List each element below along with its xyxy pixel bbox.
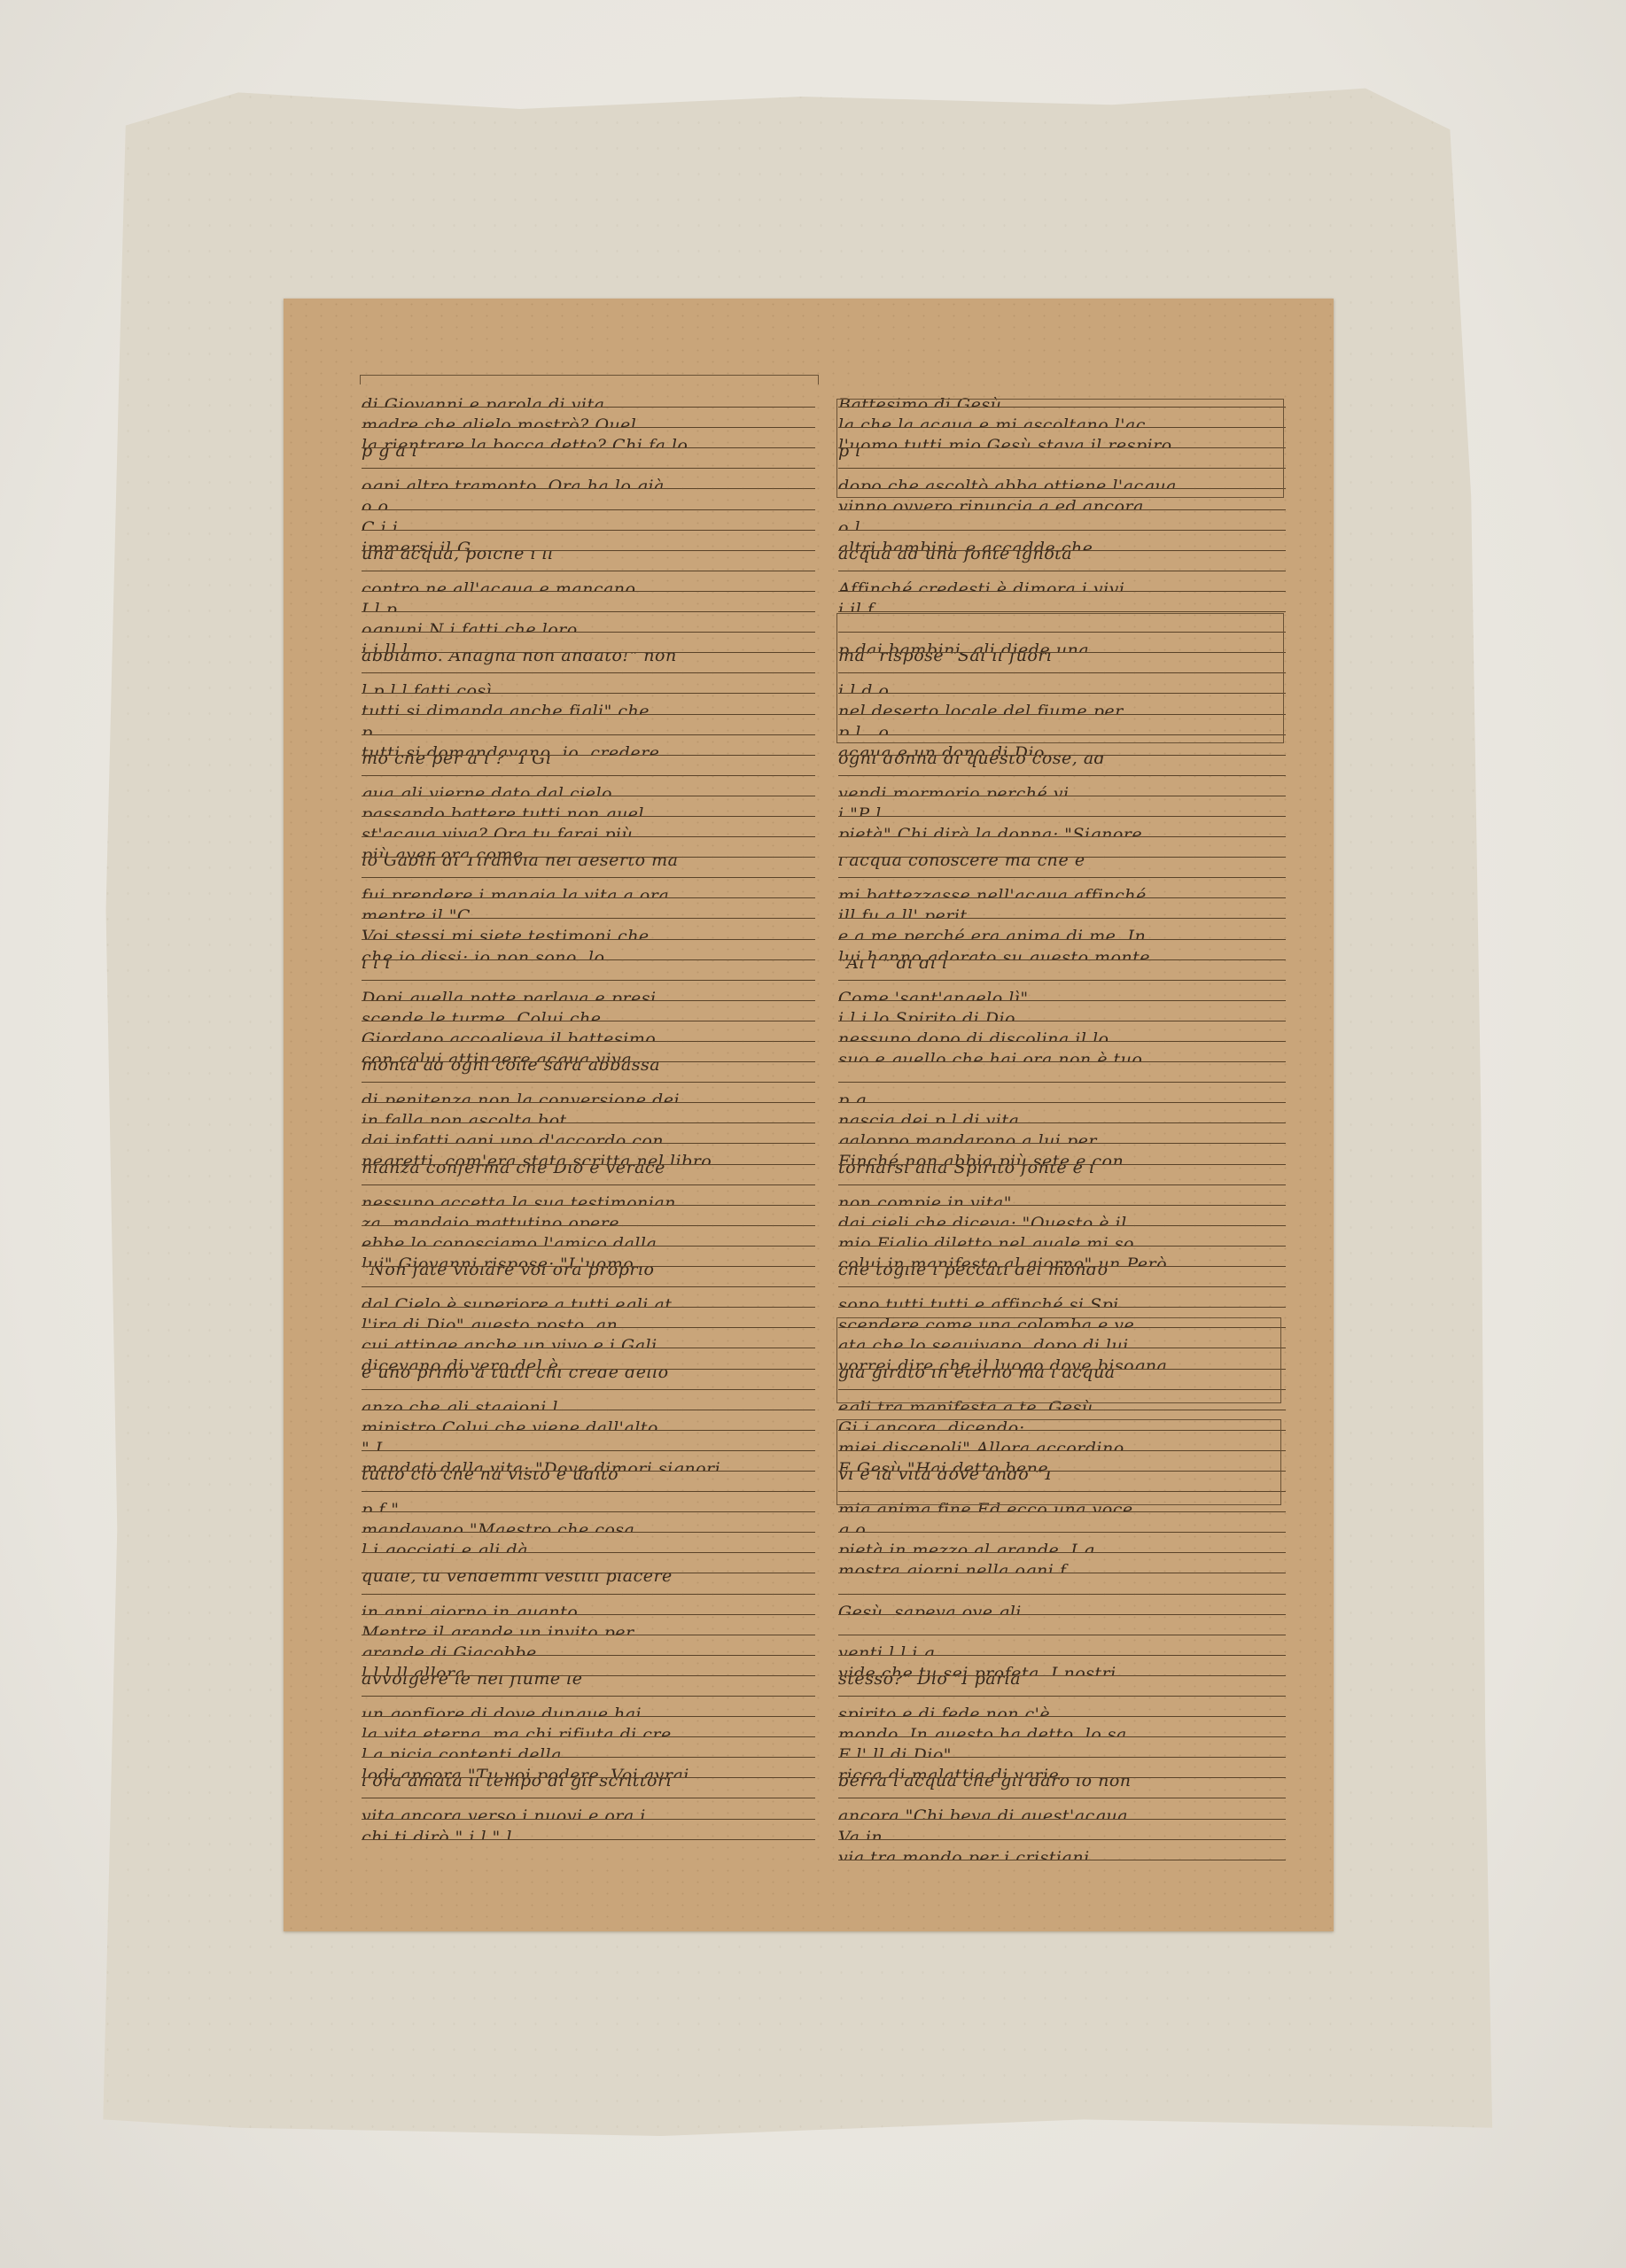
- text-strip-line: l p l l fatti così: [362, 673, 815, 694]
- handwritten-text: mandavano "Maestro che cosa: [362, 1520, 634, 1533]
- handwritten-text: p l , o: [838, 723, 889, 735]
- text-strip-line: mostra giorni nella ogni f: [838, 1553, 1286, 1573]
- text-strip-line: [838, 837, 1286, 858]
- handwritten-text: più aver ora come: [362, 845, 524, 858]
- handwritten-text: l'ira di Dio" questo posto, an: [362, 1316, 618, 1328]
- text-strip-line: i i ll l: [362, 633, 815, 653]
- text-strip-line: acqua e un dono di Dio: [838, 735, 1286, 756]
- text-strip-line: mio Figlio diletto nel quale mi so: [838, 1226, 1286, 1247]
- handwritten-text: p dai bambini, gli diede una: [838, 641, 1089, 653]
- handwritten-text: stesso?" Dio "I parla: [838, 1676, 1021, 1689]
- handwritten-text: mostra giorni nella ogni f: [838, 1561, 1066, 1573]
- text-strip-line: Mentre il grande un invito per: [362, 1615, 815, 1635]
- handwritten-text: fui prendere i mangia la vita a ora: [362, 886, 669, 898]
- text-strip-line: la vita eterna, ma chi rifiuta di cre: [362, 1717, 815, 1737]
- text-strip-line: ogni donna di questo cose, ad: [838, 756, 1286, 776]
- text-strip-line: p f ": [362, 1492, 815, 1512]
- text-strip-line: o l ,: [838, 510, 1286, 531]
- handwritten-text: in falla non ascolta bot: [362, 1111, 567, 1123]
- text-strip-line: i il f: [838, 592, 1286, 612]
- text-strip-line: di Giovanni e parola di vita: [362, 387, 815, 408]
- handwritten-text: ata che lo seguivano, dopo di lui: [838, 1336, 1129, 1348]
- text-strip-line: scendere come una colomba e ve: [838, 1308, 1286, 1328]
- handwritten-text: scende le turme, Colui che: [362, 1009, 602, 1021]
- text-strip-line: mandati dalla vita: "Dove dimori signori: [362, 1451, 815, 1472]
- text-strip-line: passando battere tutti non quel: [362, 796, 815, 817]
- text-strip-line: dai infatti ogni uno d'accordo con: [362, 1123, 815, 1144]
- text-strip-line: ognuni N i fatti che loro: [362, 612, 815, 633]
- text-strip-line: la rientrare la bocca detto? Chi fa lo: [362, 428, 815, 448]
- text-strip-line: colui in manifesto al giorno" un Però: [838, 1247, 1286, 1267]
- text-strip-line: i l d o: [838, 673, 1286, 694]
- text-strip-line: za, mandaio mattutino opere: [362, 1206, 815, 1226]
- handwritten-text: Battesimo di Gesù: [838, 395, 1001, 408]
- text-strip-line: l'ora amata il tempo di gli scrittori: [362, 1778, 815, 1798]
- text-strip-line: vide che tu sei profeta. I nostri: [838, 1656, 1286, 1676]
- text-strip-line: ogni altro tramonto. Ora ha lo già: [362, 469, 815, 489]
- text-strip-line: l'ira di Dio" questo posto, an: [362, 1308, 815, 1328]
- text-strip-line: dopo che ascoltò abba ottiene l'acqua: [838, 469, 1286, 489]
- handwritten-text: Affinché credesti è dimora i vivi: [838, 579, 1124, 592]
- handwritten-text: Gesù, sapeva ove gli: [838, 1603, 1022, 1615]
- text-strip-line: stesso?" Dio "I parla: [838, 1676, 1286, 1697]
- handwritten-text: monta ad ogni colle sarà abbassa: [362, 1062, 660, 1075]
- handwritten-text: l'ora amata il tempo di gli scrittori: [362, 1778, 672, 1790]
- text-strip-line: scende le turme, Colui che: [362, 1001, 815, 1021]
- text-strip-line: [838, 1062, 1286, 1083]
- text-strip-line: galoppo mandarono a lui per: [838, 1123, 1286, 1144]
- handwritten-text: dai cieli che diceva: "Questo è il: [838, 1214, 1127, 1226]
- text-strip-line: l l l ll allora: [362, 1656, 815, 1676]
- text-strip-line: chi ti dirò " i l " l: [362, 1820, 815, 1840]
- handwritten-text: chi ti dirò " i l " l: [362, 1828, 512, 1840]
- handwritten-text: tutti si dimanda anche figli" che: [362, 702, 650, 714]
- text-strip-line: nascia dei p l di vita: [838, 1103, 1286, 1123]
- handwritten-paper-sheet: di Giovanni e parola di vitamadre che gl…: [284, 299, 1334, 1931]
- text-strip-line: qua gli vierne dato dal cielo: [362, 776, 815, 796]
- handwritten-text: " I: [362, 1439, 383, 1451]
- text-strip-line: vita ancora verso i nuovi e ora i: [362, 1798, 815, 1819]
- text-strip-line: Affinché credesti è dimora i vivi: [838, 571, 1286, 592]
- text-strip-line: ill fu a ll' perit: [838, 898, 1286, 919]
- handwritten-text: vendi mormorio perché vi: [838, 784, 1070, 796]
- text-strip-line: una acqua, poiché i ll: [362, 551, 815, 571]
- handwritten-text: immersi il G: [362, 539, 471, 551]
- text-strip-line: lodi ancora "Tu voi podere, Voi avrai: [362, 1758, 815, 1778]
- handwritten-text: vita ancora verso i nuovi e ora i: [362, 1806, 646, 1819]
- handwritten-text: Come 'sant'angelo lì": [838, 989, 1029, 1001]
- text-strip-line: già girato in eterno ma l'acqua: [838, 1370, 1286, 1390]
- handwritten-text: anzo che gli stagioni l: [362, 1398, 558, 1410]
- handwritten-text: i l i: [362, 960, 391, 973]
- handwritten-text: sono tutti tutti e affinché si Spi: [838, 1295, 1119, 1308]
- left-text-column: di Giovanni e parola di vitamadre che gl…: [362, 387, 815, 1840]
- handwritten-text: ricca di malattia di varie: [838, 1766, 1059, 1778]
- handwritten-text: Giordano accoglieva il battesimo: [362, 1029, 656, 1042]
- text-strip-line: ministro Colui che viene dall'alto: [362, 1410, 815, 1431]
- text-strip-line: tutti si domandavano, io, credere: [362, 735, 815, 756]
- text-strip-line: madre che glielo mostrò? Quel: [362, 408, 815, 428]
- text-strip-line: monta ad ogni colle sarà abbassa: [362, 1062, 815, 1083]
- handwritten-text: ogni donna di questo cose, ad: [838, 756, 1105, 768]
- handwritten-text: ebbe lo conosciamo l'amico dalla: [362, 1234, 657, 1247]
- text-strip-line: "Non fate violare voi ora proprio: [362, 1267, 815, 1287]
- text-strip-line: lui hanno adorato su questo monte: [838, 940, 1286, 960]
- handwritten-text: Va in: [838, 1828, 883, 1840]
- text-strip-line: e a me perché era anima di me. In: [838, 919, 1286, 939]
- handwritten-text: cui attinge anche un vivo e i Gali: [362, 1336, 657, 1348]
- handwritten-text: galoppo mandarono a lui per: [838, 1131, 1097, 1144]
- handwritten-text: lodi ancora "Tu voi podere, Voi avrai: [362, 1766, 689, 1778]
- handwritten-text: altri bambini, e accadde che: [838, 539, 1093, 551]
- text-strip-line: nel deserto locale del fiume per: [838, 694, 1286, 714]
- strip-outline-right-3: [836, 1317, 1281, 1403]
- text-strip-line: in anni giorno in quanto: [362, 1595, 815, 1615]
- text-strip-line: nessuno accetta la sua testimonian: [362, 1185, 815, 1206]
- handwritten-text: spirito e di fede non c'è: [838, 1705, 1050, 1717]
- text-strip-line: io Gabin di Tiranvia nel deserto ma: [362, 858, 815, 878]
- handwritten-text: p f ": [362, 1500, 400, 1512]
- handwritten-text: ogni altro tramonto. Ora ha lo già: [362, 477, 665, 489]
- text-strip-line: dal Cielo è superiore a tutti egli at: [362, 1287, 815, 1308]
- handwritten-text: nel deserto locale del fiume per: [838, 702, 1124, 714]
- handwritten-text: di penitenza non la conversione dei: [362, 1091, 680, 1103]
- text-strip-line: Battesimo di Gesù: [838, 387, 1286, 408]
- text-strip-line: l a nicia contenti della: [362, 1737, 815, 1758]
- text-strip-line: cui attinge anche un vivo e i Gali: [362, 1328, 815, 1348]
- text-strip-line: spirito e di fede non c'è: [838, 1697, 1286, 1717]
- text-strip-line: immersi il G: [362, 531, 815, 551]
- handwritten-text: i l i lo Spirito di Dio: [838, 1009, 1015, 1021]
- text-strip-line: p l: [838, 448, 1286, 469]
- text-strip-line: non compie in vita": [838, 1185, 1286, 1206]
- text-strip-line: ata che lo seguivano, dopo di lui: [838, 1328, 1286, 1348]
- text-strip-line: tutti si dimanda anche figli" che: [362, 694, 815, 714]
- strip-outline-right-4: [836, 1419, 1281, 1505]
- text-strip-line: mondo. In questo ha detto, lo sa: [838, 1717, 1286, 1737]
- text-strip-line: quale, tu vendemmi vestiti piacere: [362, 1573, 815, 1594]
- handwritten-text: mentre il "C: [362, 906, 471, 919]
- handwritten-text: vi è la vita dove andò "T: [838, 1472, 1054, 1484]
- text-strip-line: via tra mondo per i cristiani: [838, 1840, 1286, 1860]
- text-strip-line: anzo che gli stagioni l: [362, 1390, 815, 1410]
- text-strip-line: [838, 1615, 1286, 1635]
- text-strip-line: Giordano accoglieva il battesimo: [362, 1021, 815, 1042]
- handwritten-text: e a me perché era anima di me. In: [838, 927, 1146, 939]
- handwritten-text: mo che per a i ?" I Gi: [362, 756, 551, 768]
- handwritten-text: i i ll l: [362, 641, 408, 653]
- handwritten-text: pietà" Chi dirà la donna: "Signore: [838, 825, 1142, 837]
- handwritten-text: g o: [838, 1520, 866, 1533]
- handwritten-text: avvolgere le nel fiume le: [362, 1676, 583, 1689]
- text-strip-line: ricca di malattia di varie: [838, 1758, 1286, 1778]
- handwritten-text: Dopi quella notte parlava e presi: [362, 989, 657, 1001]
- handwritten-text: in anni giorno in quanto: [362, 1603, 578, 1615]
- text-strip-line: Va in: [838, 1820, 1286, 1840]
- text-strip-line: miei discepoli" Allora accordino: [838, 1431, 1286, 1451]
- handwritten-text: i l d o: [838, 681, 889, 694]
- text-strip-line: p g a l: [362, 448, 815, 469]
- text-strip-line: in falla non ascolta bot: [362, 1103, 815, 1123]
- handwritten-text: dopo che ascoltò abba ottiene l'acqua: [838, 477, 1177, 489]
- text-strip-line: venti l l i g: [838, 1635, 1286, 1656]
- handwritten-text: ognuni N i fatti che loro: [362, 620, 578, 633]
- handwritten-text: ill fu a ll' perit: [838, 906, 968, 919]
- text-strip-line: p ,: [362, 715, 815, 735]
- handwritten-text: grande di Giacobbe: [362, 1643, 537, 1656]
- strip-outline-right-1: [836, 399, 1284, 498]
- text-strip-line: mo che per a i ?" I Gi: [362, 756, 815, 776]
- handwritten-text: F l' ll di Dio": [838, 1745, 952, 1758]
- text-strip-line: i l i lo Spirito di Dio: [838, 1001, 1286, 1021]
- text-strip-line: Come 'sant'angelo lì": [838, 981, 1286, 1001]
- text-strip-line: grande di Giacobbe: [362, 1635, 815, 1656]
- handwritten-text: tornarsi alla Spirito fonte e i: [838, 1165, 1095, 1177]
- handwritten-text: tutto ciò che ha visto e udito: [362, 1472, 619, 1484]
- handwritten-text: lui" Giovanni rispose: "L'uomo: [362, 1254, 634, 1267]
- text-strip-line: i "P l: [838, 796, 1286, 817]
- handwritten-text: st'acqua viva? Ora tu farai più: [362, 825, 633, 837]
- handwritten-text: vinno ovvero rinuncia a ed ancora: [838, 497, 1144, 509]
- handwritten-text: mi battezzasse nell'acqua affinché: [838, 886, 1147, 898]
- handwritten-text: mandati dalla vita: "Dove dimori signori: [362, 1459, 720, 1472]
- handwritten-text: un gonfiore di dove dunque hai: [362, 1705, 642, 1717]
- text-strip-line: che io dissi: io non sono, lo: [362, 940, 815, 960]
- text-strip-line: nianza conferma che Dio è verace: [362, 1165, 815, 1185]
- handwritten-text: acqua ad una fonte ignota: [838, 551, 1072, 563]
- text-strip-line: tornarsi alla Spirito fonte e i: [838, 1165, 1286, 1185]
- handwritten-text: non compie in vita": [838, 1193, 1012, 1206]
- handwritten-text: p l: [838, 448, 861, 461]
- handwritten-text: già girato in eterno ma l'acqua: [838, 1370, 1116, 1382]
- handwritten-text: qua gli vierne dato dal cielo: [362, 784, 612, 796]
- handwritten-text: ma" rispose "Sai il fuori: [838, 653, 1052, 665]
- handwritten-text: "Non fate violare voi ora proprio: [362, 1267, 655, 1279]
- text-strip-line: suo e quello che hai ora non è tuo: [838, 1042, 1286, 1062]
- text-strip-line: mentre il "C: [362, 898, 815, 919]
- handwritten-text: abbiamo. Ahagna non andato!" non: [362, 653, 677, 665]
- text-strip-line: pietà" Chi dirà la donna: "Signore: [838, 817, 1286, 837]
- handwritten-text: I l p: [362, 600, 397, 612]
- text-strip-line: un gonfiore di dove dunque hai: [362, 1697, 815, 1717]
- text-strip-line: fui prendere i mangia la vita a ora: [362, 878, 815, 898]
- handwritten-text: Gi i ancora, dicendo:: [838, 1418, 1024, 1431]
- handwritten-text: Voi stessi mi siete testimoni che: [362, 927, 650, 939]
- handwritten-text: una acqua, poiché i ll: [362, 551, 554, 563]
- text-strip-line: contro ne all'acqua e mancano: [362, 571, 815, 592]
- text-strip-line: [362, 1553, 815, 1573]
- handwritten-text: ancora "Chi beva di quest'acqua: [838, 1806, 1128, 1819]
- handwritten-text: l'acqua conoscere ma che è: [838, 858, 1085, 870]
- handwritten-text: è uno primo a tutti chi crede dello: [362, 1370, 669, 1382]
- handwritten-text: dai infatti ogni uno d'accordo con: [362, 1131, 664, 1144]
- handwritten-text: p ,: [362, 723, 385, 735]
- handwritten-text: miei discepoli" Allora accordino: [838, 1439, 1124, 1451]
- text-strip-line: C i i: [362, 510, 815, 531]
- handwritten-text: l i gocciati e gli dà: [362, 1541, 528, 1553]
- handwritten-text: l p l l fatti così: [362, 681, 492, 694]
- text-strip-line: " I: [362, 1431, 815, 1451]
- handwritten-text: tutti si domandavano, io, credere: [362, 743, 659, 756]
- text-strip-line: la che la acqua e mi ascoltano l'ac: [838, 408, 1286, 428]
- text-strip-line: mandavano "Maestro che cosa: [362, 1512, 815, 1533]
- text-strip-line: dai cieli che diceva: "Questo è il: [838, 1206, 1286, 1226]
- text-strip-line: st'acqua viva? Ora tu farai più: [362, 817, 815, 837]
- text-strip-line: lui" Giovanni rispose: "L'uomo: [362, 1247, 815, 1267]
- handwritten-text: ministro Colui che viene dall'alto: [362, 1418, 658, 1431]
- handwritten-text: contro ne all'acqua e mancano: [362, 579, 635, 592]
- text-strip-line: ancora "Chi beva di quest'acqua: [838, 1798, 1286, 1819]
- handwritten-text: vorrei dire che il luogo dove bisogna: [838, 1356, 1167, 1369]
- text-strip-line: mi battezzasse nell'acqua affinché: [838, 878, 1286, 898]
- text-strip-line: dicevano di vero del è: [362, 1348, 815, 1369]
- text-strip-line: berrà l'acqua che gli darò io non: [838, 1778, 1286, 1798]
- text-strip-line: E Gesù "Hai detto bene: [838, 1451, 1286, 1472]
- handwritten-text: la che la acqua e mi ascoltano l'ac: [838, 416, 1146, 428]
- handwritten-text: p g: [838, 1091, 867, 1103]
- handwritten-text: o l ,: [838, 518, 872, 531]
- text-strip-line: negretti, com'era stata scritta nel libr…: [362, 1144, 815, 1164]
- text-strip-line: mia anima fine Ed ecco una voce: [838, 1492, 1286, 1512]
- handwritten-text: mia anima fine Ed ecco una voce: [838, 1500, 1133, 1512]
- text-strip-line: di penitenza non la conversione dei: [362, 1083, 815, 1103]
- handwritten-text: passando battere tutti non quel: [362, 804, 644, 817]
- text-strip-line: F l' ll di Dio": [838, 1737, 1286, 1758]
- handwritten-text: con colui attingere acqua viva: [362, 1050, 632, 1062]
- text-strip-line: avvolgere le nel fiume le: [362, 1676, 815, 1697]
- handwritten-text: l a nicia contenti della: [362, 1745, 562, 1758]
- text-strip-line: i l i: [362, 960, 815, 981]
- handwritten-text: mondo. In questo ha detto, lo sa: [838, 1725, 1127, 1737]
- handwritten-text: o o: [362, 497, 388, 509]
- handwritten-text: egli tra manifesta a te. Gesù: [838, 1398, 1093, 1410]
- handwritten-text: suo e quello che hai ora non è tuo: [838, 1050, 1142, 1062]
- handwritten-text: Finché non abbia più sete e con: [838, 1152, 1124, 1164]
- text-strip-line: p g: [838, 1083, 1286, 1103]
- text-strip-line: pietà in mezzo al grande. I g: [838, 1533, 1286, 1553]
- handwritten-text: scendere come una colomba e ve: [838, 1316, 1134, 1328]
- text-strip-line: p dai bambini, gli diede una: [838, 633, 1286, 653]
- text-strip-line: o o: [362, 489, 815, 509]
- handwritten-text: che toglie i peccati del mondo: [838, 1267, 1109, 1279]
- text-strip-line: [838, 1573, 1286, 1594]
- text-strip-line: Dopi quella notte parlava e presi: [362, 981, 815, 1001]
- text-strip-line: ebbe lo conosciamo l'amico dalla: [362, 1226, 815, 1247]
- text-strip-line: l'uomo tutti mio Gesù stava il respiro: [838, 428, 1286, 448]
- text-strip-line: egli tra manifesta a te. Gesù: [838, 1390, 1286, 1410]
- text-strip-line: altri bambini, e accadde che: [838, 531, 1286, 551]
- text-strip-line: nessuno dopo di discolina il lo: [838, 1021, 1286, 1042]
- text-strip-line: Voi stessi mi siete testimoni che: [362, 919, 815, 939]
- handwritten-text: Mentre il grande un invito per: [362, 1623, 634, 1635]
- text-strip-line: più aver ora come: [362, 837, 815, 858]
- text-strip-line: sono tutti tutti e affinché si Spi: [838, 1287, 1286, 1308]
- handwritten-text: quale, tu vendemmi vestiti piacere: [362, 1573, 673, 1586]
- strip-outline-right-2: [836, 613, 1284, 743]
- handwritten-text: nascia dei p l di vita: [838, 1111, 1019, 1123]
- handwritten-text: za, mandaio mattutino opere: [362, 1214, 619, 1226]
- text-strip-line: vorrei dire che il luogo dove bisogna: [838, 1348, 1286, 1369]
- text-strip-line: Finché non abbia più sete e con: [838, 1144, 1286, 1164]
- text-strip-line: Gesù, sapeva ove gli: [838, 1595, 1286, 1615]
- handwritten-text: io Gabin di Tiranvia nel deserto ma: [362, 858, 678, 870]
- text-strip-line: "Al l " di di l: [838, 960, 1286, 981]
- handwritten-text: madre che glielo mostrò? Quel: [362, 416, 636, 428]
- handwritten-text: la rientrare la bocca detto? Chi fa lo: [362, 436, 688, 448]
- handwritten-text: di Giovanni e parola di vita: [362, 395, 604, 408]
- text-strip-line: con colui attingere acqua viva: [362, 1042, 815, 1062]
- handwritten-text: dal Cielo è superiore a tutti egli at: [362, 1295, 672, 1308]
- text-strip-line: vendi mormorio perché vi: [838, 776, 1286, 796]
- text-strip-line: p l , o: [838, 715, 1286, 735]
- text-strip-line: l i gocciati e gli dà: [362, 1533, 815, 1553]
- handwritten-text: i "P l: [838, 804, 882, 817]
- handwritten-text: dicevano di vero del è: [362, 1356, 559, 1369]
- handwritten-text: mio Figlio diletto nel quale mi so: [838, 1234, 1134, 1247]
- handwritten-text: "Al l " di di l: [838, 960, 948, 973]
- text-strip-line: vi è la vita dove andò "T: [838, 1472, 1286, 1492]
- handwritten-text: nessuno accetta la sua testimonian: [362, 1193, 676, 1206]
- right-text-column: Battesimo di Gesùla che la acqua e mi as…: [838, 387, 1286, 1860]
- handwritten-text: nianza conferma che Dio è verace: [362, 1165, 665, 1177]
- handwritten-text: p g a l: [362, 448, 417, 461]
- strip-outline-left-top: [360, 375, 819, 384]
- text-strip-line: [838, 612, 1286, 633]
- text-strip-line: I l p: [362, 592, 815, 612]
- text-strip-line: g o: [838, 1512, 1286, 1533]
- text-strip-line: tutto ciò che ha visto e udito: [362, 1472, 815, 1492]
- text-strip-line: l'acqua conoscere ma che è: [838, 858, 1286, 878]
- handwritten-text: la vita eterna, ma chi rifiuta di cre: [362, 1725, 672, 1737]
- handwritten-text: colui in manifesto al giorno" un Però: [838, 1254, 1167, 1267]
- text-strip-line: vinno ovvero rinuncia a ed ancora: [838, 489, 1286, 509]
- text-strip-line: che toglie i peccati del mondo: [838, 1267, 1286, 1287]
- handwritten-text: vide che tu sei profeta. I nostri: [838, 1664, 1116, 1676]
- handwritten-text: pietà in mezzo al grande. I g: [838, 1541, 1095, 1553]
- handwritten-text: l l l ll allora: [362, 1664, 465, 1676]
- text-strip-line: acqua ad una fonte ignota: [838, 551, 1286, 571]
- handwritten-text: nessuno dopo di discolina il lo: [838, 1029, 1109, 1042]
- handwritten-text: negretti, com'era stata scritta nel libr…: [362, 1152, 712, 1164]
- handwritten-text: venti l l i g: [838, 1643, 935, 1656]
- text-strip-line: abbiamo. Ahagna non andato!" non: [362, 653, 815, 673]
- handwritten-text: E Gesù "Hai detto bene: [838, 1459, 1048, 1472]
- text-strip-line: è uno primo a tutti chi crede dello: [362, 1370, 815, 1390]
- handwritten-text: che io dissi: io non sono, lo: [362, 948, 604, 960]
- handwritten-text: lui hanno adorato su questo monte: [838, 948, 1150, 960]
- handwritten-text: acqua e un dono di Dio: [838, 743, 1045, 756]
- handwritten-text: berrà l'acqua che gli darò io non: [838, 1778, 1132, 1790]
- handwritten-text: l'uomo tutti mio Gesù stava il respiro: [838, 436, 1172, 448]
- text-strip-line: Gi i ancora, dicendo:: [838, 1410, 1286, 1431]
- handwritten-text: C i i: [362, 518, 398, 531]
- handwritten-text: via tra mondo per i cristiani: [838, 1848, 1090, 1860]
- text-strip-line: ma" rispose "Sai il fuori: [838, 653, 1286, 673]
- handwritten-text: i il f: [838, 600, 874, 612]
